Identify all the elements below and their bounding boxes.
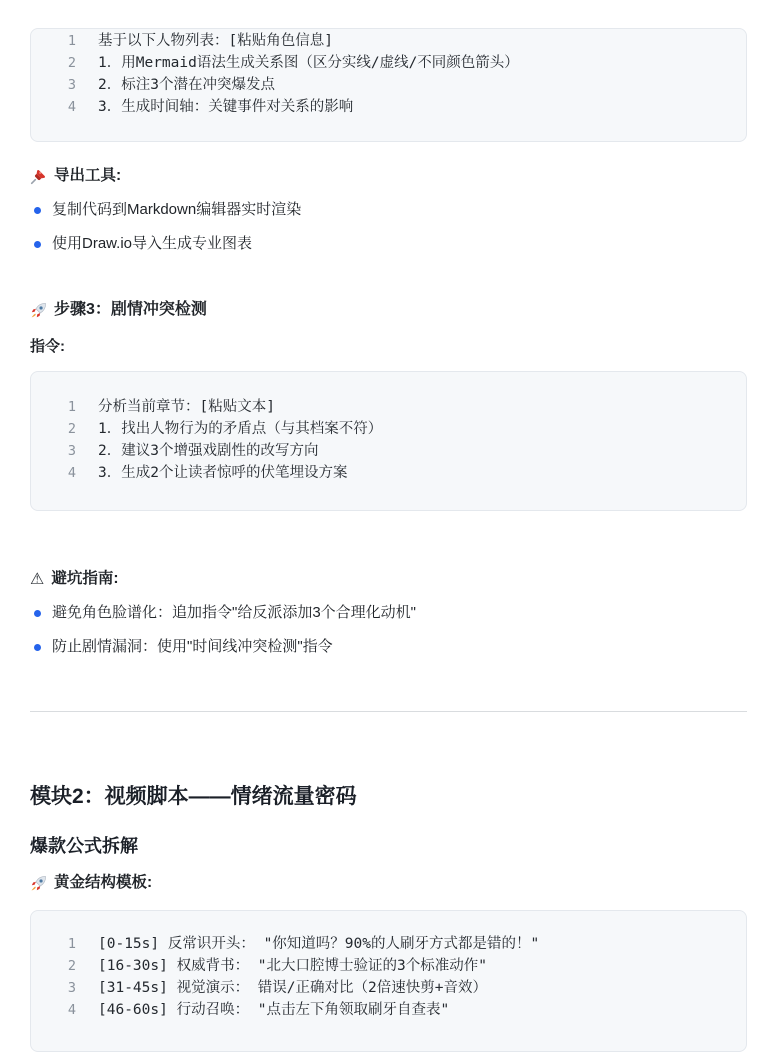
code-text: 1．找出人物行为的矛盾点（与其档案不符） <box>98 418 382 440</box>
code-text: 基于以下人物列表：[粘贴角色信息] <box>98 30 333 52</box>
line-number: 4 <box>31 462 76 484</box>
heading-golden-template: 黄金结构模板: <box>30 873 747 893</box>
pushpin-icon <box>30 168 47 185</box>
code-block-golden-structure: 1 [0-15s] 反常识开头： "你知道吗？90%的人刷牙方式都是错的！" 2… <box>30 910 747 1052</box>
instruction-label: 指令: <box>30 337 747 357</box>
code-line: 1 基于以下人物列表：[粘贴角色信息] <box>31 30 730 52</box>
code-line: 1 [0-15s] 反常识开头： "你知道吗？90%的人刷牙方式都是错的！" <box>31 933 730 955</box>
code-block-conflict-detection: 1 分析当前章节：[粘贴文本] 2 1．找出人物行为的矛盾点（与其档案不符） 3… <box>30 371 747 511</box>
list-item: 使用Draw.io导入生成专业图表 <box>30 233 747 255</box>
line-number: 4 <box>31 999 76 1021</box>
heading-text: 黄金结构模板: <box>54 873 152 893</box>
code-text: 2．建议3个增强戏剧性的改写方向 <box>98 440 318 462</box>
list-item: 防止剧情漏洞：使用"时间线冲突检测"指令 <box>30 636 747 658</box>
code-line: 2 [16-30s] 权威背书： "北大口腔博士验证的3个标准动作" <box>31 955 730 977</box>
code-block-relationship-map: 1 基于以下人物列表：[粘贴角色信息] 2 1．用Mermaid语法生成关系图（… <box>30 28 747 142</box>
heading-text: 避坑指南: <box>51 569 118 589</box>
line-number: 1 <box>31 30 76 52</box>
export-tools-list: 复制代码到Markdown编辑器实时渲染 使用Draw.io导入生成专业图表 <box>30 199 747 255</box>
heading-pitfalls: ⚠ 避坑指南: <box>30 569 747 589</box>
list-item-text: 使用Draw.io导入生成专业图表 <box>52 235 252 252</box>
list-item-text: 复制代码到Markdown编辑器实时渲染 <box>52 201 301 218</box>
heading-module2: 模块2：视频脚本——情绪流量密码 <box>30 783 747 810</box>
code-line: 4 3．生成2个让读者惊呼的伏笔埋设方案 <box>31 462 730 484</box>
code-line: 2 1．找出人物行为的矛盾点（与其档案不符） <box>31 418 730 440</box>
heading-formula: 爆款公式拆解 <box>30 835 747 858</box>
code-text: 2．标注3个潜在冲突爆发点 <box>98 74 275 96</box>
code-line: 3 2．标注3个潜在冲突爆发点 <box>31 74 730 96</box>
line-number: 4 <box>31 96 76 118</box>
line-number: 2 <box>31 52 76 74</box>
line-number: 1 <box>31 933 76 955</box>
code-text: [16-30s] 权威背书： "北大口腔博士验证的3个标准动作" <box>98 955 487 977</box>
code-text: 1．用Mermaid语法生成关系图（区分实线/虚线/不同颜色箭头） <box>98 52 519 74</box>
heading-text: 导出工具: <box>54 166 121 186</box>
code-line: 4 [46-60s] 行动召唤： "点击左下角领取刷牙自查表" <box>31 999 730 1021</box>
rocket-icon <box>30 875 47 892</box>
line-number: 2 <box>31 955 76 977</box>
line-number: 1 <box>31 396 76 418</box>
code-line: 1 分析当前章节：[粘贴文本] <box>31 396 730 418</box>
code-text: 3．生成2个让读者惊呼的伏笔埋设方案 <box>98 462 347 484</box>
document-page[interactable]: 1 基于以下人物列表：[粘贴角色信息] 2 1．用Mermaid语法生成关系图（… <box>0 0 777 1059</box>
section-divider <box>30 711 747 712</box>
code-text: [46-60s] 行动召唤： "点击左下角领取刷牙自查表" <box>98 999 449 1021</box>
line-number: 3 <box>31 440 76 462</box>
heading-text: 步骤3：剧情冲突检测 <box>54 300 207 320</box>
heading-step3: 步骤3：剧情冲突检测 <box>30 300 747 320</box>
pitfalls-list: 避免角色脸谱化：追加指令"给反派添加3个合理化动机" 防止剧情漏洞：使用"时间线… <box>30 602 747 658</box>
line-number: 3 <box>31 74 76 96</box>
code-text: 3．生成时间轴：关键事件对关系的影响 <box>98 96 353 118</box>
heading-export-tools: 导出工具: <box>30 166 747 186</box>
rocket-icon <box>30 302 47 319</box>
code-line: 4 3．生成时间轴：关键事件对关系的影响 <box>31 96 730 118</box>
code-text: 分析当前章节：[粘贴文本] <box>98 396 275 418</box>
code-text: [31-45s] 视觉演示： 错误/正确对比（2倍速快剪+音效） <box>98 977 487 999</box>
list-item-text: 避免角色脸谱化：追加指令"给反派添加3个合理化动机" <box>52 604 416 621</box>
code-text: [0-15s] 反常识开头： "你知道吗？90%的人刷牙方式都是错的！" <box>98 933 539 955</box>
warning-icon: ⚠ <box>30 570 44 588</box>
line-number: 3 <box>31 977 76 999</box>
list-item-text: 防止剧情漏洞：使用"时间线冲突检测"指令 <box>52 638 333 655</box>
list-item: 复制代码到Markdown编辑器实时渲染 <box>30 199 747 221</box>
code-line: 3 2．建议3个增强戏剧性的改写方向 <box>31 440 730 462</box>
code-line: 3 [31-45s] 视觉演示： 错误/正确对比（2倍速快剪+音效） <box>31 977 730 999</box>
code-line: 2 1．用Mermaid语法生成关系图（区分实线/虚线/不同颜色箭头） <box>31 52 730 74</box>
list-item: 避免角色脸谱化：追加指令"给反派添加3个合理化动机" <box>30 602 747 624</box>
line-number: 2 <box>31 418 76 440</box>
